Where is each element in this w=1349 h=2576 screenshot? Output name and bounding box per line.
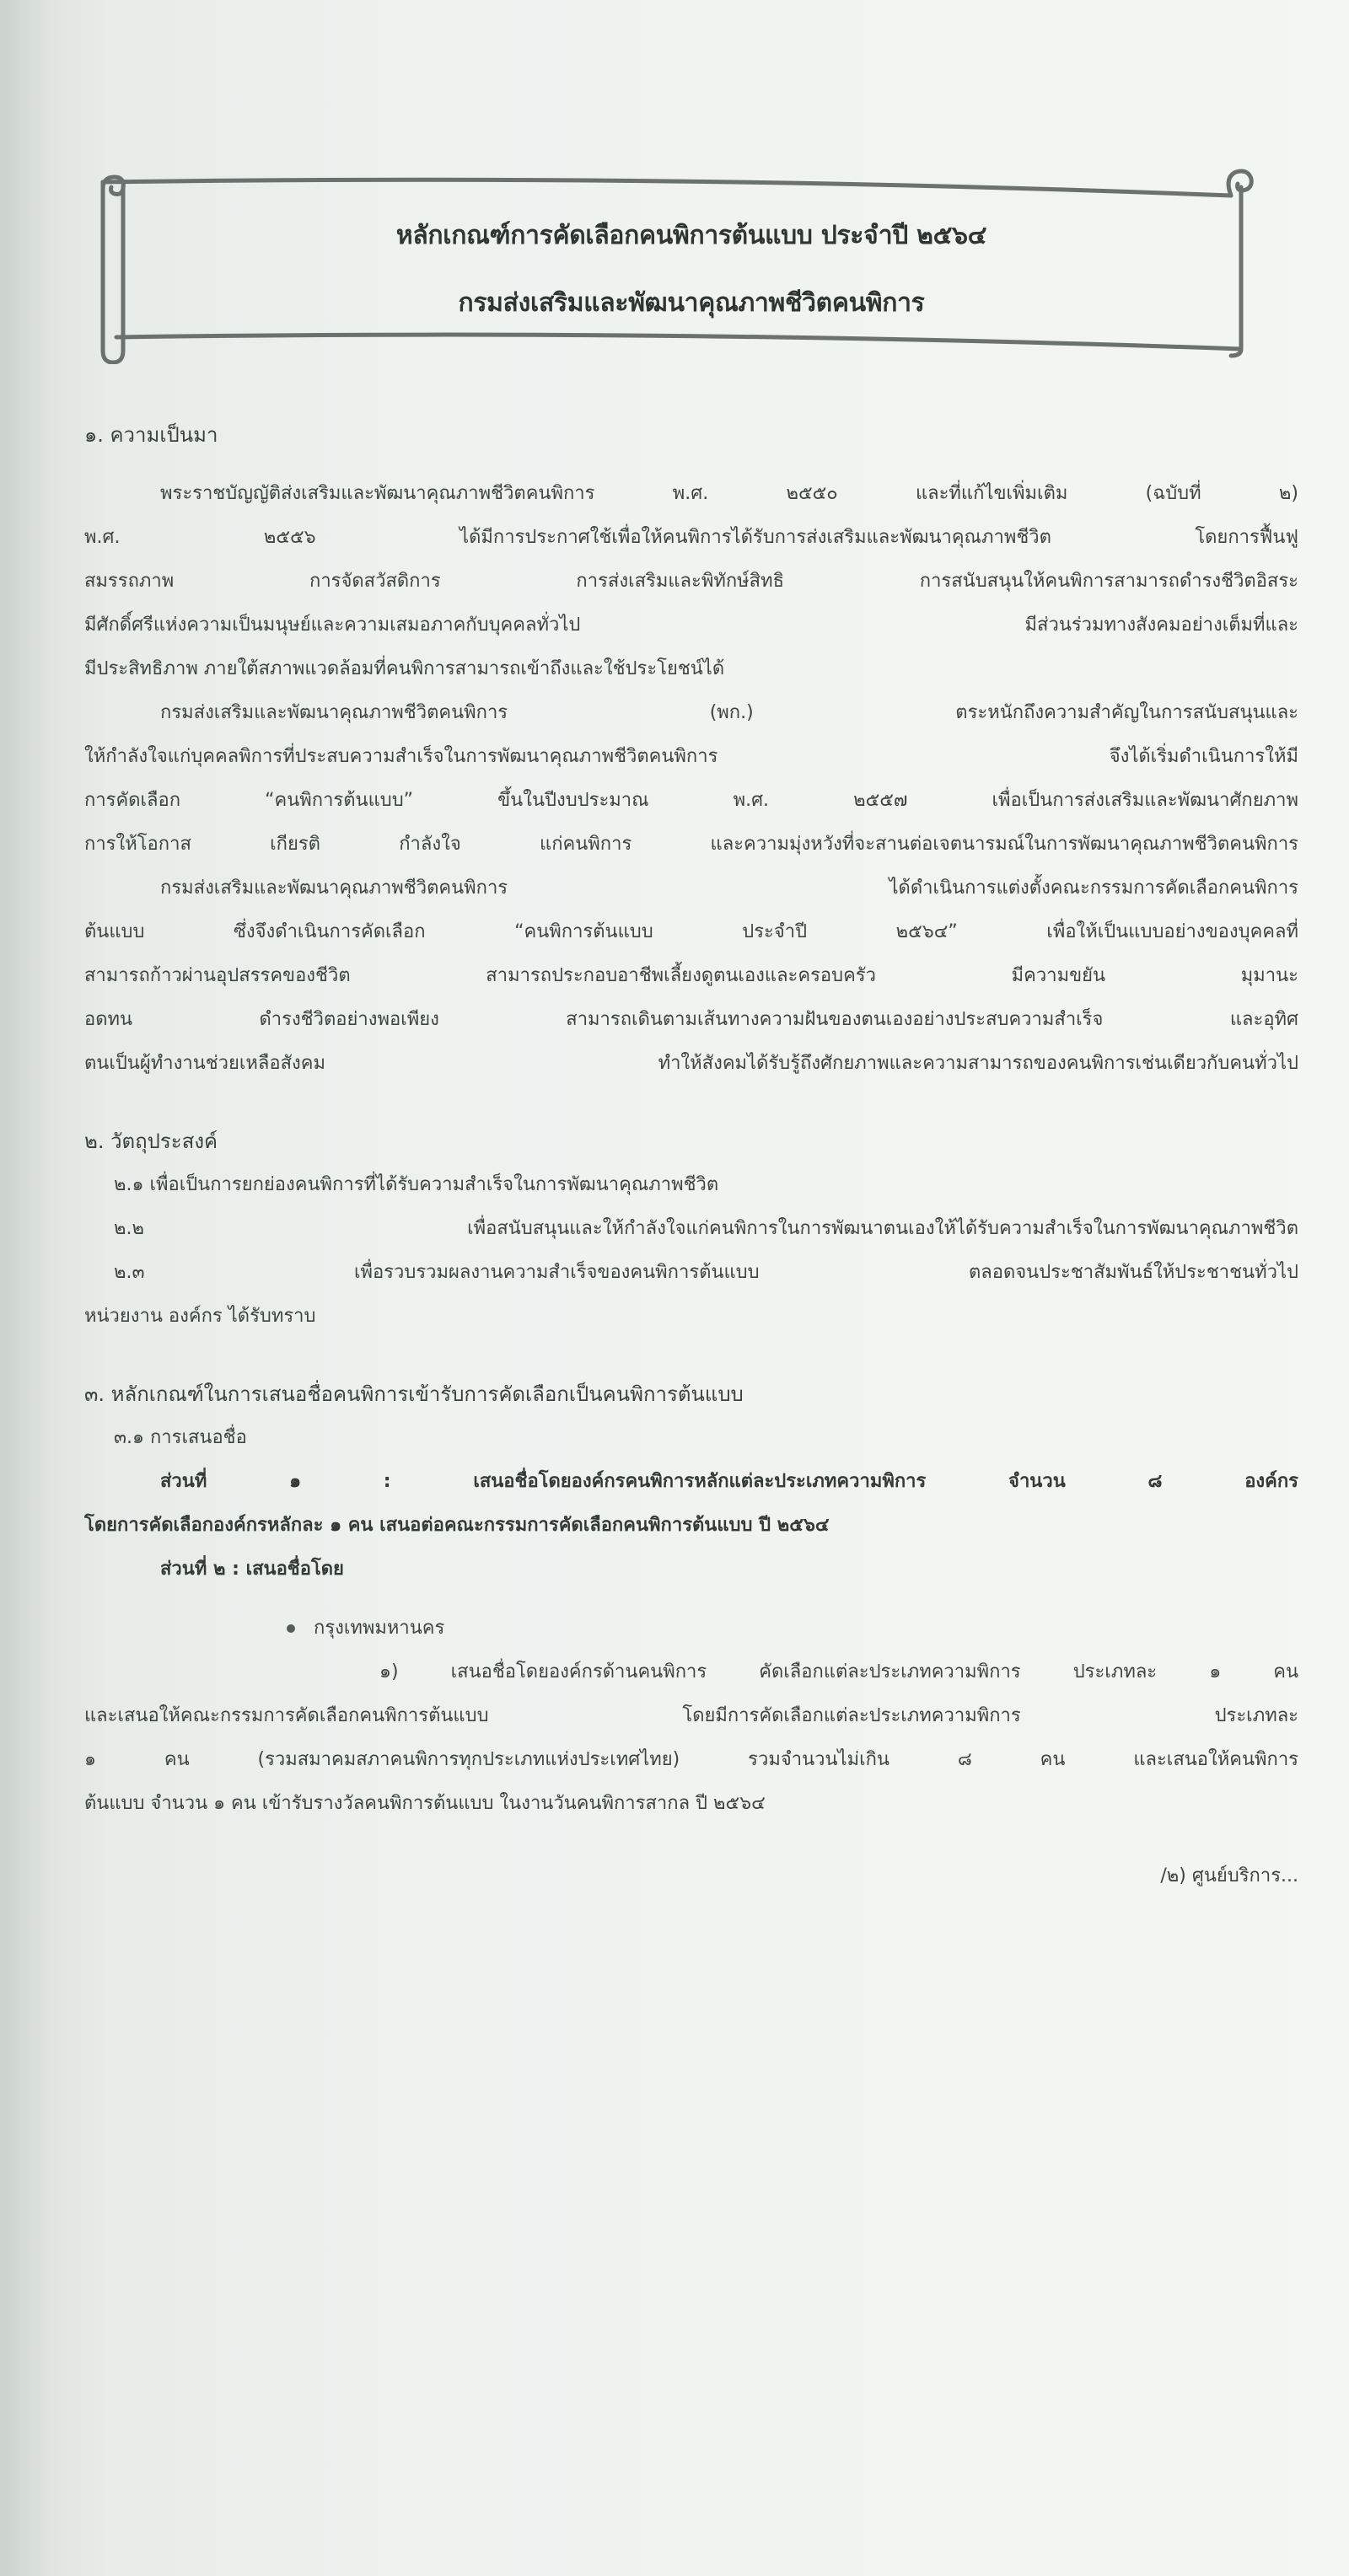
section-1-paragraph-1: พระราชบัญญัติส่งเสริมและพัฒนาคุณภาพชีวิต… xyxy=(84,472,1298,691)
paragraph-line: ๑) เสนอชื่อโดยองค์กรด้านคนพิการ คัดเลือก… xyxy=(84,1650,1298,1694)
bangkok-nomination-paragraph: ๑) เสนอชื่อโดยองค์กรด้านคนพิการ คัดเลือก… xyxy=(84,1650,1298,1826)
paragraph-line: กรมส่งเสริมและพัฒนาคุณภาพชีวิตคนพิการ (พ… xyxy=(84,691,1298,735)
objective-item-continuation: หน่วยงาน องค์กร ได้รับทราบ xyxy=(84,1295,1298,1339)
part-2-heading: ส่วนที่ ๒ : เสนอชื่อโดย xyxy=(84,1548,1298,1591)
objective-item: ๒.๑ เพื่อเป็นการยกย่องคนพิการที่ได้รับคว… xyxy=(84,1163,1298,1207)
paragraph-line: ต้นแบบ จำนวน ๑ คน เข้ารับรางวัลคนพิการต้… xyxy=(84,1782,1298,1826)
paragraph-line: พ.ศ. ๒๕๕๖ ได้มีการประกาศใช้เพื่อให้คนพิก… xyxy=(84,516,1298,560)
paragraph-line: ตนเป็นผู้ทำงานช่วยเหลือสังคม ทำให้สังคมไ… xyxy=(84,1042,1298,1086)
document-title: หลักเกณฑ์การคัดเลือกคนพิการต้นแบบ ประจำป… xyxy=(84,216,1298,255)
paragraph-line: ๑ คน (รวมสมาคมสภาคนพิการทุกประเภทแห่งประ… xyxy=(84,1738,1298,1782)
section-1-paragraph-2: กรมส่งเสริมและพัฒนาคุณภาพชีวิตคนพิการ (พ… xyxy=(84,691,1298,867)
part-1-line: โดยการคัดเลือกองค์กรหลักละ ๑ คน เสนอต่อค… xyxy=(84,1504,1298,1548)
paragraph-line: พระราชบัญญัติส่งเสริมและพัฒนาคุณภาพชีวิต… xyxy=(84,472,1298,516)
objective-item: ๒.๓ เพื่อรวบรวมผลงานความสำเร็จของคนพิการ… xyxy=(84,1251,1298,1295)
paragraph-line: มีศักดิ์ศรีแห่งความเป็นมนุษย์และความเสมอ… xyxy=(84,604,1298,647)
section-3-content: ๓.๑ การเสนอชื่อ ส่วนที่ ๑ : เสนอชื่อโดยอ… xyxy=(84,1416,1298,1591)
scroll-frame-icon xyxy=(84,162,1298,364)
paragraph-line: กรมส่งเสริมและพัฒนาคุณภาพชีวิตคนพิการ ได… xyxy=(84,867,1298,910)
paragraph-line: การคัดเลือก “คนพิการต้นแบบ” ขึ้นในปีงบปร… xyxy=(84,779,1298,823)
subsection-3-1-heading: ๓.๑ การเสนอชื่อ xyxy=(84,1416,1298,1460)
section-1-paragraph-3: กรมส่งเสริมและพัฒนาคุณภาพชีวิตคนพิการ ได… xyxy=(84,867,1298,1086)
document-body: ๑. ความเป็นมา พระราชบัญญัติส่งเสริมและพั… xyxy=(84,413,1298,1898)
section-2-heading: ๒. วัตถุประสงค์ xyxy=(84,1119,1298,1163)
paragraph-line: และเสนอให้คณะกรรมการคัดเลือกคนพิการต้นแบ… xyxy=(84,1694,1298,1738)
section-2-objectives: ๒.๑ เพื่อเป็นการยกย่องคนพิการที่ได้รับคว… xyxy=(84,1163,1298,1339)
paragraph-line: มีประสิทธิภาพ ภายใต้สภาพแวดล้อมที่คนพิกา… xyxy=(84,647,1298,691)
section-3-heading: ๓. หลักเกณฑ์ในการเสนอชื่อคนพิการเข้ารับก… xyxy=(84,1372,1298,1416)
paragraph-line: สมรรถภาพ การจัดสวัสดิการ การส่งเสริมและพ… xyxy=(84,560,1298,604)
paragraph-line: สามารถก้าวผ่านอุปสรรคของชีวิต สามารถประก… xyxy=(84,954,1298,998)
objective-item: ๒.๒ เพื่อสนับสนุนและให้กำลังใจแก่คนพิการ… xyxy=(84,1207,1298,1251)
page-continuation-note: /๒) ศูนย์บริการ... xyxy=(84,1854,1298,1898)
page-edge-shadow xyxy=(0,0,51,2576)
title-scroll-banner: หลักเกณฑ์การคัดเลือกคนพิการต้นแบบ ประจำป… xyxy=(84,162,1298,364)
paragraph-line: ต้นแบบ ซึ่งจึงดำเนินการคัดเลือก “คนพิการ… xyxy=(84,910,1298,954)
paragraph-line: อดทน ดำรงชีวิตอย่างพอเพียง สามารถเดินตาม… xyxy=(84,998,1298,1042)
paragraph-line: การให้โอกาส เกียรติ กำลังใจ แก่คนพิการ แ… xyxy=(84,823,1298,867)
section-1-heading: ๑. ความเป็นมา xyxy=(84,413,1298,457)
bullet-item-bangkok: กรุงเทพมหานคร xyxy=(84,1607,1298,1650)
bullet-icon xyxy=(287,1624,295,1633)
department-name: กรมส่งเสริมและพัฒนาคุณภาพชีวิตคนพิการ xyxy=(84,283,1298,323)
part-1-line: ส่วนที่ ๑ : เสนอชื่อโดยองค์กรคนพิการหลัก… xyxy=(84,1460,1298,1504)
bullet-label: กรุงเทพมหานคร xyxy=(314,1607,444,1650)
paragraph-line: ให้กำลังใจแก่บุคคลพิการที่ประสบความสำเร็… xyxy=(84,735,1298,779)
